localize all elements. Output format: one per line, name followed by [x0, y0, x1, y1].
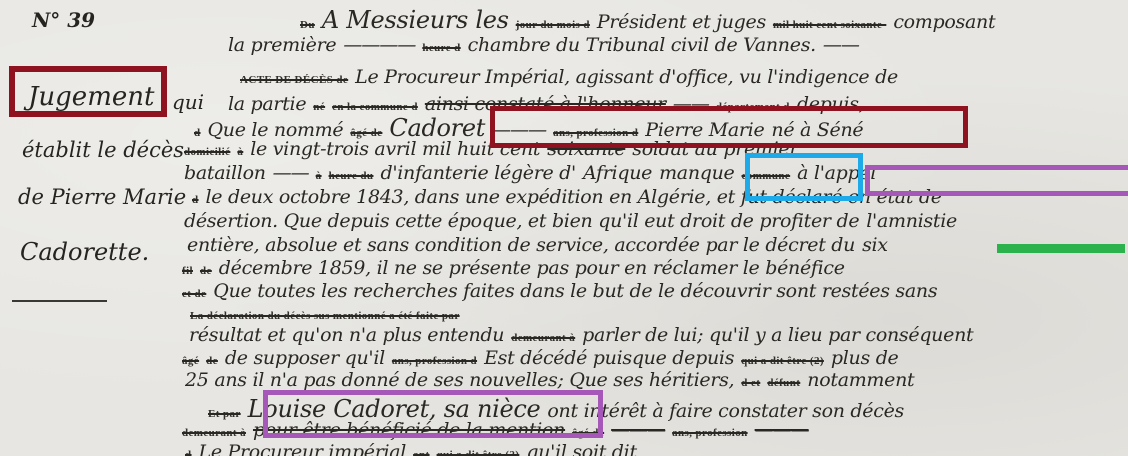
text-segment: d'infanterie légère d'	[380, 164, 576, 183]
text-segment: bataillon	[184, 164, 266, 183]
scanned-document-page: N° 39 Jugement qui établit le décès de P…	[0, 0, 1128, 456]
text-segment: Le Procureur impérial	[199, 443, 407, 456]
text-segment: Le Procureur Impérial, agissant d'office…	[355, 68, 898, 87]
document-line: demeurant àpour être bénéficié de la men…	[182, 421, 816, 440]
text-segment: âgé de	[572, 428, 604, 439]
document-line: la partienéen la commune dainsi constaté…	[228, 95, 871, 114]
text-segment: ont intérêt à faire constater son décès	[547, 402, 904, 421]
text-segment: jour du mois d	[516, 20, 590, 31]
text-segment: en la commune d	[332, 102, 418, 113]
text-segment: mil huit cent soixante-	[773, 20, 886, 31]
document-line: ACTE DE DÉCÈS deLe Procureur Impérial, a…	[240, 68, 905, 87]
text-segment: la partie	[228, 95, 306, 114]
text-segment: heure du	[329, 171, 374, 182]
text-segment: Que toutes les recherches faites dans le…	[213, 282, 937, 301]
document-line: dLe Procureur impérialontqui a dit être …	[185, 443, 644, 456]
document-line: résultat et qu'on n'a plus entendudemeur…	[189, 326, 980, 345]
text-segment: plus de	[831, 349, 899, 368]
text-segment: d et	[741, 378, 760, 389]
text-segment: chambre du Tribunal civil de Vannes.	[468, 36, 816, 55]
text-segment: soldat au premier	[632, 140, 798, 159]
document-line: dQue le nomméâgé deCadoret———ans, profes…	[194, 116, 870, 140]
text-segment: et de	[182, 289, 206, 300]
text-segment: Et par	[208, 409, 241, 420]
text-segment: d	[192, 195, 199, 206]
text-segment: défunt	[767, 378, 800, 389]
text-segment: ainsi constaté à l'honneur	[425, 95, 666, 114]
text-segment: parler de lui; qu'il y a lieu par conséq…	[582, 326, 973, 345]
margin-note-line: de Pierre Marie	[18, 185, 186, 209]
text-segment: de	[206, 356, 218, 367]
text-segment: Louise Cadoret, sa nièce	[248, 397, 541, 421]
text-segment: qui a dit être (2)	[437, 450, 520, 456]
text-segment: six	[862, 236, 888, 255]
text-segment: fil	[182, 266, 193, 277]
text-segment: commune	[742, 171, 791, 182]
text-segment: qui a dit être (2)	[741, 356, 824, 367]
text-segment: heure d	[422, 43, 460, 54]
margin-word-jugement: Jugement	[28, 82, 154, 112]
document-line: La déclaration du décès sus mentionné a …	[190, 306, 467, 322]
text-segment: qu'il soit dit	[526, 443, 636, 456]
text-segment: Est décédé puisque depuis	[484, 349, 734, 368]
text-segment: né	[313, 102, 325, 113]
text-segment: ———	[611, 421, 665, 440]
text-segment: d	[185, 450, 192, 456]
text-segment: depuis,	[797, 95, 865, 114]
document-line: entière, absolue et sans condition de se…	[187, 236, 895, 255]
text-segment: résultat et qu'on n'a plus entendu	[189, 326, 504, 345]
text-segment: Afrique	[583, 164, 652, 183]
text-segment: ans, profession d	[392, 356, 477, 367]
text-segment: A Messieurs les	[322, 8, 509, 32]
text-segment: décembre 1859, il ne se présente pas pou…	[219, 259, 845, 278]
text-segment: ——	[823, 36, 859, 55]
text-segment: à	[237, 147, 243, 158]
text-segment: le vingt-trois avril mil huit cent	[250, 140, 540, 159]
margin-word-qui: qui	[172, 90, 204, 114]
text-segment: ——	[673, 95, 709, 114]
margin-divider	[12, 300, 107, 302]
text-segment: pour être bénéficié de la mention	[253, 421, 565, 440]
text-segment: département d	[716, 102, 790, 113]
document-line: domiciliéàle vingt-trois avril mil huit …	[184, 140, 805, 159]
text-segment: âgé	[182, 356, 199, 367]
text-segment: de	[200, 266, 212, 277]
document-line: et deQue toutes les recherches faites da…	[182, 282, 944, 301]
text-segment: à l'appel	[797, 164, 876, 183]
document-line: dle deux octobre 1843, dans une expéditi…	[192, 188, 949, 207]
text-segment: entière, absolue et sans condition de se…	[187, 236, 855, 255]
text-segment: d	[194, 128, 201, 139]
text-segment: Cadoret	[389, 116, 485, 140]
document-line: Et parLouise Cadoret, sa nièceont intérê…	[208, 397, 911, 421]
record-number: N° 39	[32, 8, 95, 32]
text-segment: désertion. Que depuis cette époque, et b…	[184, 212, 859, 231]
document-line: désertion. Que depuis cette époque, et b…	[184, 212, 964, 231]
text-segment: ———	[755, 421, 809, 440]
text-segment: ————	[343, 36, 415, 55]
margin-note-line: établit le décès	[22, 138, 184, 162]
text-segment: ACTE DE DÉCÈS de	[240, 75, 348, 86]
document-line: bataillon——àheure dud'infanterie légère …	[184, 164, 883, 183]
text-segment: ——	[273, 164, 309, 183]
text-segment: La déclaration du décès sus mentionné a …	[190, 311, 460, 322]
text-segment: manque	[659, 164, 734, 183]
text-segment: ont	[413, 450, 429, 456]
text-segment: de supposer qu'il	[225, 349, 385, 368]
text-segment: demeurant à	[511, 333, 575, 344]
text-segment: soixante	[547, 140, 625, 159]
text-segment: à	[316, 171, 322, 182]
text-segment: l'amnistie	[866, 212, 957, 231]
document-line: 25 ans il n'a pas donné de ses nouvelles…	[185, 371, 921, 390]
text-segment: demeurant à	[182, 428, 246, 439]
document-line: la première————heure dchambre du Tribuna…	[228, 36, 866, 55]
text-segment: domicilié	[184, 147, 230, 158]
document-line: DuA Messieurs lesjour du mois dPrésident…	[300, 8, 1002, 32]
margin-note-line: Cadorette.	[20, 238, 149, 266]
text-segment: 25 ans il n'a pas donné de ses nouvelles…	[185, 371, 734, 390]
text-segment: ans, profession	[672, 428, 747, 439]
annotation-underline-amnistie	[997, 244, 1125, 253]
text-segment: le deux octobre 1843, dans une expéditio…	[206, 188, 942, 207]
text-segment: Du	[300, 20, 315, 31]
text-segment: Président et juges	[597, 13, 766, 32]
document-line: fildedécembre 1859, il ne se présente pa…	[182, 259, 852, 278]
text-segment: notamment	[807, 371, 914, 390]
text-segment: composant	[893, 13, 995, 32]
text-segment: la première	[228, 36, 336, 55]
document-line: âgédede supposer qu'ilans, profession dE…	[182, 349, 906, 368]
